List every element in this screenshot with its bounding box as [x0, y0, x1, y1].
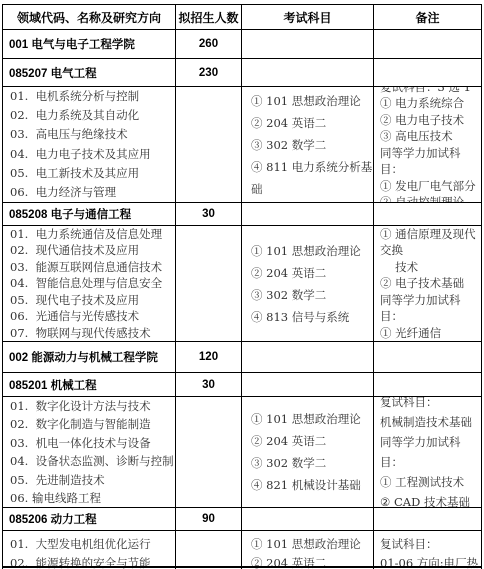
school-row-002: 002 能源动力与机械工程学院 120	[3, 342, 481, 373]
empty-cell	[242, 59, 374, 86]
empty-cell	[374, 342, 481, 372]
detail-row-085208: 01. 电力系统通信及信息处理 02. 现代通信技术及应用 03. 能源互联网信…	[3, 226, 481, 342]
exam-subjects: ① 101 思想政治理论 ② 204 英语二 ③ 302 数学二 ④ 813 信…	[242, 226, 374, 341]
notes: 复试科目：3 选 1 ① 电力系统综合 ② 电力电子技术 ③ 高电压技术 同等学…	[374, 87, 481, 202]
empty-cell	[176, 87, 242, 202]
empty-cell	[374, 30, 481, 58]
field-name: 085206 动力工程	[3, 508, 176, 530]
header-notes: 备注	[374, 5, 481, 29]
school-name: 001 电气与电子工程学院	[3, 30, 176, 58]
empty-cell	[176, 226, 242, 341]
field-name: 085207 电气工程	[3, 59, 176, 86]
enrollment-count: 230	[176, 59, 242, 86]
header-field-code-name: 领域代码、名称及研究方向	[3, 5, 176, 29]
research-directions: 01. 大型发电机组优化运行 02. 能源转换的安全与节能	[3, 531, 176, 569]
field-row-085201: 085201 机械工程 30	[3, 373, 481, 397]
field-row-085206: 085206 动力工程 90	[3, 508, 481, 531]
enrollment-count: 120	[176, 342, 242, 372]
empty-cell	[176, 397, 242, 507]
empty-cell	[242, 342, 374, 372]
empty-cell	[374, 203, 481, 225]
research-directions: 01. 数字化设计方法与技术 02. 数字化制造与智能制造 03. 机电一体化技…	[3, 397, 176, 507]
empty-cell	[242, 373, 374, 396]
exam-subjects: ① 101 思想政治理论 ② 204 英语二 ③ 302 数学二 ④ 811 电…	[242, 87, 374, 202]
empty-cell	[374, 508, 481, 530]
crop-edge-line	[2, 566, 482, 568]
enrollment-count: 90	[176, 508, 242, 530]
enrollment-count: 260	[176, 30, 242, 58]
empty-cell	[242, 30, 374, 58]
school-name: 002 能源动力与机械工程学院	[3, 342, 176, 372]
header-exam-subjects: 考试科目	[242, 5, 374, 29]
empty-cell	[242, 203, 374, 225]
empty-cell	[242, 508, 374, 530]
notes: 复试科目： 机械制造技术基础 同等学力加试科目： ① 工程测试技术 ② CAD …	[374, 397, 481, 507]
notes: 复试科目： 01-06 方向:电厂热力设	[374, 531, 481, 569]
exam-subjects: ① 101 思想政治理论 ② 204 英语二 ③ 302 数学二 ④ 821 机…	[242, 397, 374, 507]
empty-cell	[374, 373, 481, 396]
admissions-table: 领域代码、名称及研究方向 拟招生人数 考试科目 备注 001 电气与电子工程学院…	[2, 4, 482, 569]
enrollment-count: 30	[176, 373, 242, 396]
detail-row-085201: 01. 数字化设计方法与技术 02. 数字化制造与智能制造 03. 机电一体化技…	[3, 397, 481, 508]
field-name: 085201 机械工程	[3, 373, 176, 396]
notes: 复试科目：2 选 1 ① 通信原理及现代交换 技术 ② 电子技术基础 同等学力加…	[374, 226, 481, 341]
table-header-row: 领域代码、名称及研究方向 拟招生人数 考试科目 备注	[3, 5, 481, 30]
detail-row-085207: 01. 电机系统分析与控制 02. 电力系统及其自动化 03. 高电压与绝缘技术…	[3, 87, 481, 203]
research-directions: 01. 电力系统通信及信息处理 02. 现代通信技术及应用 03. 能源互联网信…	[3, 226, 176, 341]
research-directions: 01. 电机系统分析与控制 02. 电力系统及其自动化 03. 高电压与绝缘技术…	[3, 87, 176, 202]
enrollment-count: 30	[176, 203, 242, 225]
school-row-001: 001 电气与电子工程学院 260	[3, 30, 481, 59]
header-enrollment-count: 拟招生人数	[176, 5, 242, 29]
empty-cell	[176, 531, 242, 569]
exam-subjects: ① 101 思想政治理论 ② 204 英语二	[242, 531, 374, 569]
detail-row-085206: 01. 大型发电机组优化运行 02. 能源转换的安全与节能 ① 101 思想政治…	[3, 531, 481, 569]
empty-cell	[374, 59, 481, 86]
field-row-085208: 085208 电子与通信工程 30	[3, 203, 481, 226]
field-row-085207: 085207 电气工程 230	[3, 59, 481, 87]
field-name: 085208 电子与通信工程	[3, 203, 176, 225]
